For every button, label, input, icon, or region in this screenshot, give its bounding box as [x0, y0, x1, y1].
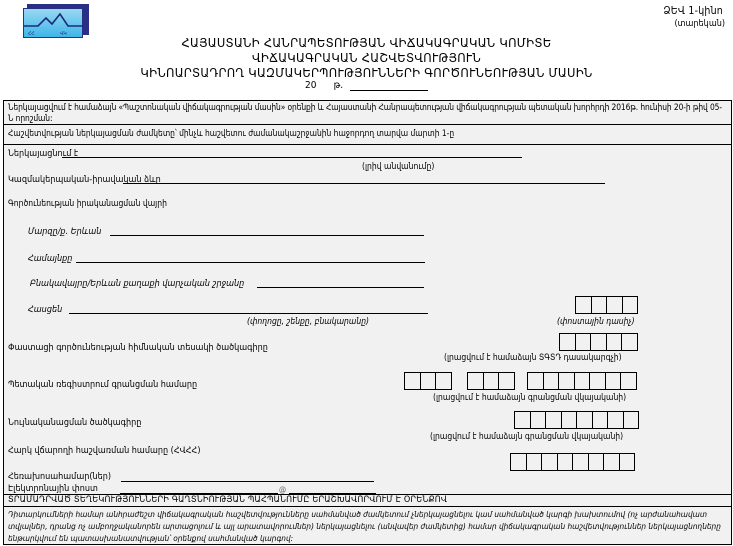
identification-code-boxes[interactable]: [514, 411, 639, 429]
identification-code-hint: (լրացվում է համաձայն գրանցման վկայականի): [430, 432, 623, 442]
state-registration-hint: (լրացվում է համաձայն գրանցման վկայականի): [433, 393, 626, 403]
digit-box[interactable]: [557, 453, 574, 471]
digit-box[interactable]: [510, 453, 527, 471]
report-year: 20 թ.: [0, 80, 733, 91]
state-registration-boxes-2[interactable]: [467, 372, 515, 390]
digit-box[interactable]: [591, 296, 608, 314]
settlement-label: Բնակավայրը/Երևան քաղաքի վարչական շրջանը: [30, 279, 244, 289]
activity-code-label: Փաստացի գործունեության հիմնական տեսակի ծ…: [8, 343, 268, 353]
community-label: Համայնքը: [28, 254, 72, 264]
digit-box[interactable]: [514, 411, 531, 429]
digit-box[interactable]: [543, 372, 560, 390]
digit-box[interactable]: [558, 372, 575, 390]
digit-box[interactable]: [605, 372, 622, 390]
digit-box[interactable]: [606, 333, 623, 351]
form-period: (տարեկան): [674, 19, 725, 29]
digit-box[interactable]: [467, 372, 484, 390]
digit-box[interactable]: [606, 296, 623, 314]
digit-box[interactable]: [559, 333, 576, 351]
submitter-field[interactable]: [62, 157, 522, 158]
community-field[interactable]: [76, 262, 425, 263]
state-registration-boxes-1[interactable]: [404, 372, 452, 390]
digit-box[interactable]: [498, 372, 515, 390]
at-sign: @: [279, 485, 286, 494]
digit-box[interactable]: [620, 372, 637, 390]
digit-box[interactable]: [561, 411, 578, 429]
digit-box[interactable]: [575, 333, 592, 351]
digit-box[interactable]: [404, 372, 421, 390]
form-code: ՁԵՎ 1-կինո: [663, 5, 723, 17]
digit-box[interactable]: [622, 296, 639, 314]
activity-code-hint: (լրացվում է համաձայն ՏԳՏԴ դասակարգչի): [444, 353, 622, 363]
digit-box[interactable]: [541, 453, 558, 471]
email-label: Էլեկտրոնային փոստ: [8, 484, 98, 494]
location-heading: Գործունեության իրականացման վայրի: [8, 199, 167, 209]
year-field[interactable]: [350, 81, 428, 91]
state-registration-boxes-3[interactable]: [527, 372, 637, 390]
region-field[interactable]: [110, 235, 424, 236]
digit-box[interactable]: [621, 333, 638, 351]
region-label: Մարզը/ք. Երևան: [28, 227, 101, 237]
address-field[interactable]: [69, 313, 428, 314]
statistics-committee-logo: ՀՀ ՎԿ: [23, 4, 87, 36]
digit-box[interactable]: [435, 372, 452, 390]
digit-box[interactable]: [572, 453, 589, 471]
digit-box[interactable]: [545, 411, 562, 429]
digit-box[interactable]: [592, 411, 609, 429]
postal-hint: (փոստային դասիչ): [557, 317, 635, 327]
address-label: Հասցեն: [28, 305, 62, 315]
digit-box[interactable]: [483, 372, 500, 390]
digit-box[interactable]: [589, 372, 606, 390]
digit-box[interactable]: [420, 372, 437, 390]
digit-box[interactable]: [607, 411, 624, 429]
digit-box[interactable]: [603, 453, 620, 471]
digit-box[interactable]: [590, 333, 607, 351]
legal-basis-note: Ներկայացվում է համաձայն «Պաշտոնական վիճա…: [3, 100, 732, 125]
identification-code-label: Նույնականացման ծածկագիրը: [8, 418, 141, 428]
legal-form-field[interactable]: [123, 183, 605, 184]
phone-label: Հեռախոսահամար(ներ): [8, 472, 111, 482]
state-registration-label: Պետական ռեգիստրում գրանցման համարը: [8, 380, 197, 390]
address-hint: (փողոցը, շենքը, բնակարանը): [247, 317, 369, 327]
title-subject: ԿԻՆՈԱՐՏԱԴՐՈՂ ԿԱԶՄԱԿԵՐՊՈՒԹՅՈՒՆՆԵՐԻ ԳՈՐԾՈՒ…: [29, 65, 703, 80]
settlement-field[interactable]: [257, 287, 424, 288]
digit-box[interactable]: [527, 372, 544, 390]
liability-note: Դիտարկումների համար անհրաժեշտ վիճակագրակ…: [3, 506, 732, 545]
digit-box[interactable]: [575, 296, 592, 314]
tin-label: Հարկ վճարողի հաշվառման համարը (ՀՎՀՀ): [8, 446, 200, 456]
digit-box[interactable]: [619, 453, 636, 471]
postal-code-boxes[interactable]: [575, 296, 638, 314]
submitter-hint: (լրիվ անվանումը): [362, 162, 434, 172]
tin-boxes[interactable]: [510, 453, 635, 471]
digit-box[interactable]: [588, 453, 605, 471]
title-committee: ՀԱՅԱՍՏԱՆԻ ՀԱՆՐԱՊԵՏՈՒԹՅԱՆ ՎԻՃԱԿԱԳՐԱԿԱՆ ԿՈ…: [29, 35, 703, 50]
digit-box[interactable]: [576, 411, 593, 429]
activity-code-boxes[interactable]: [559, 333, 638, 351]
digit-box[interactable]: [530, 411, 547, 429]
title-report: ՎԻՃԱԿԱԳՐԱԿԱՆ ՀԱՇՎԵՏՎՈՒԹՅՈՒՆ: [29, 50, 703, 65]
digit-box[interactable]: [574, 372, 591, 390]
deadline-note: Հաշվետվության ներկայացման ժամկետը՝ մինչև…: [3, 125, 732, 145]
phone-field[interactable]: [121, 481, 374, 482]
digit-box[interactable]: [526, 453, 543, 471]
digit-box[interactable]: [623, 411, 640, 429]
